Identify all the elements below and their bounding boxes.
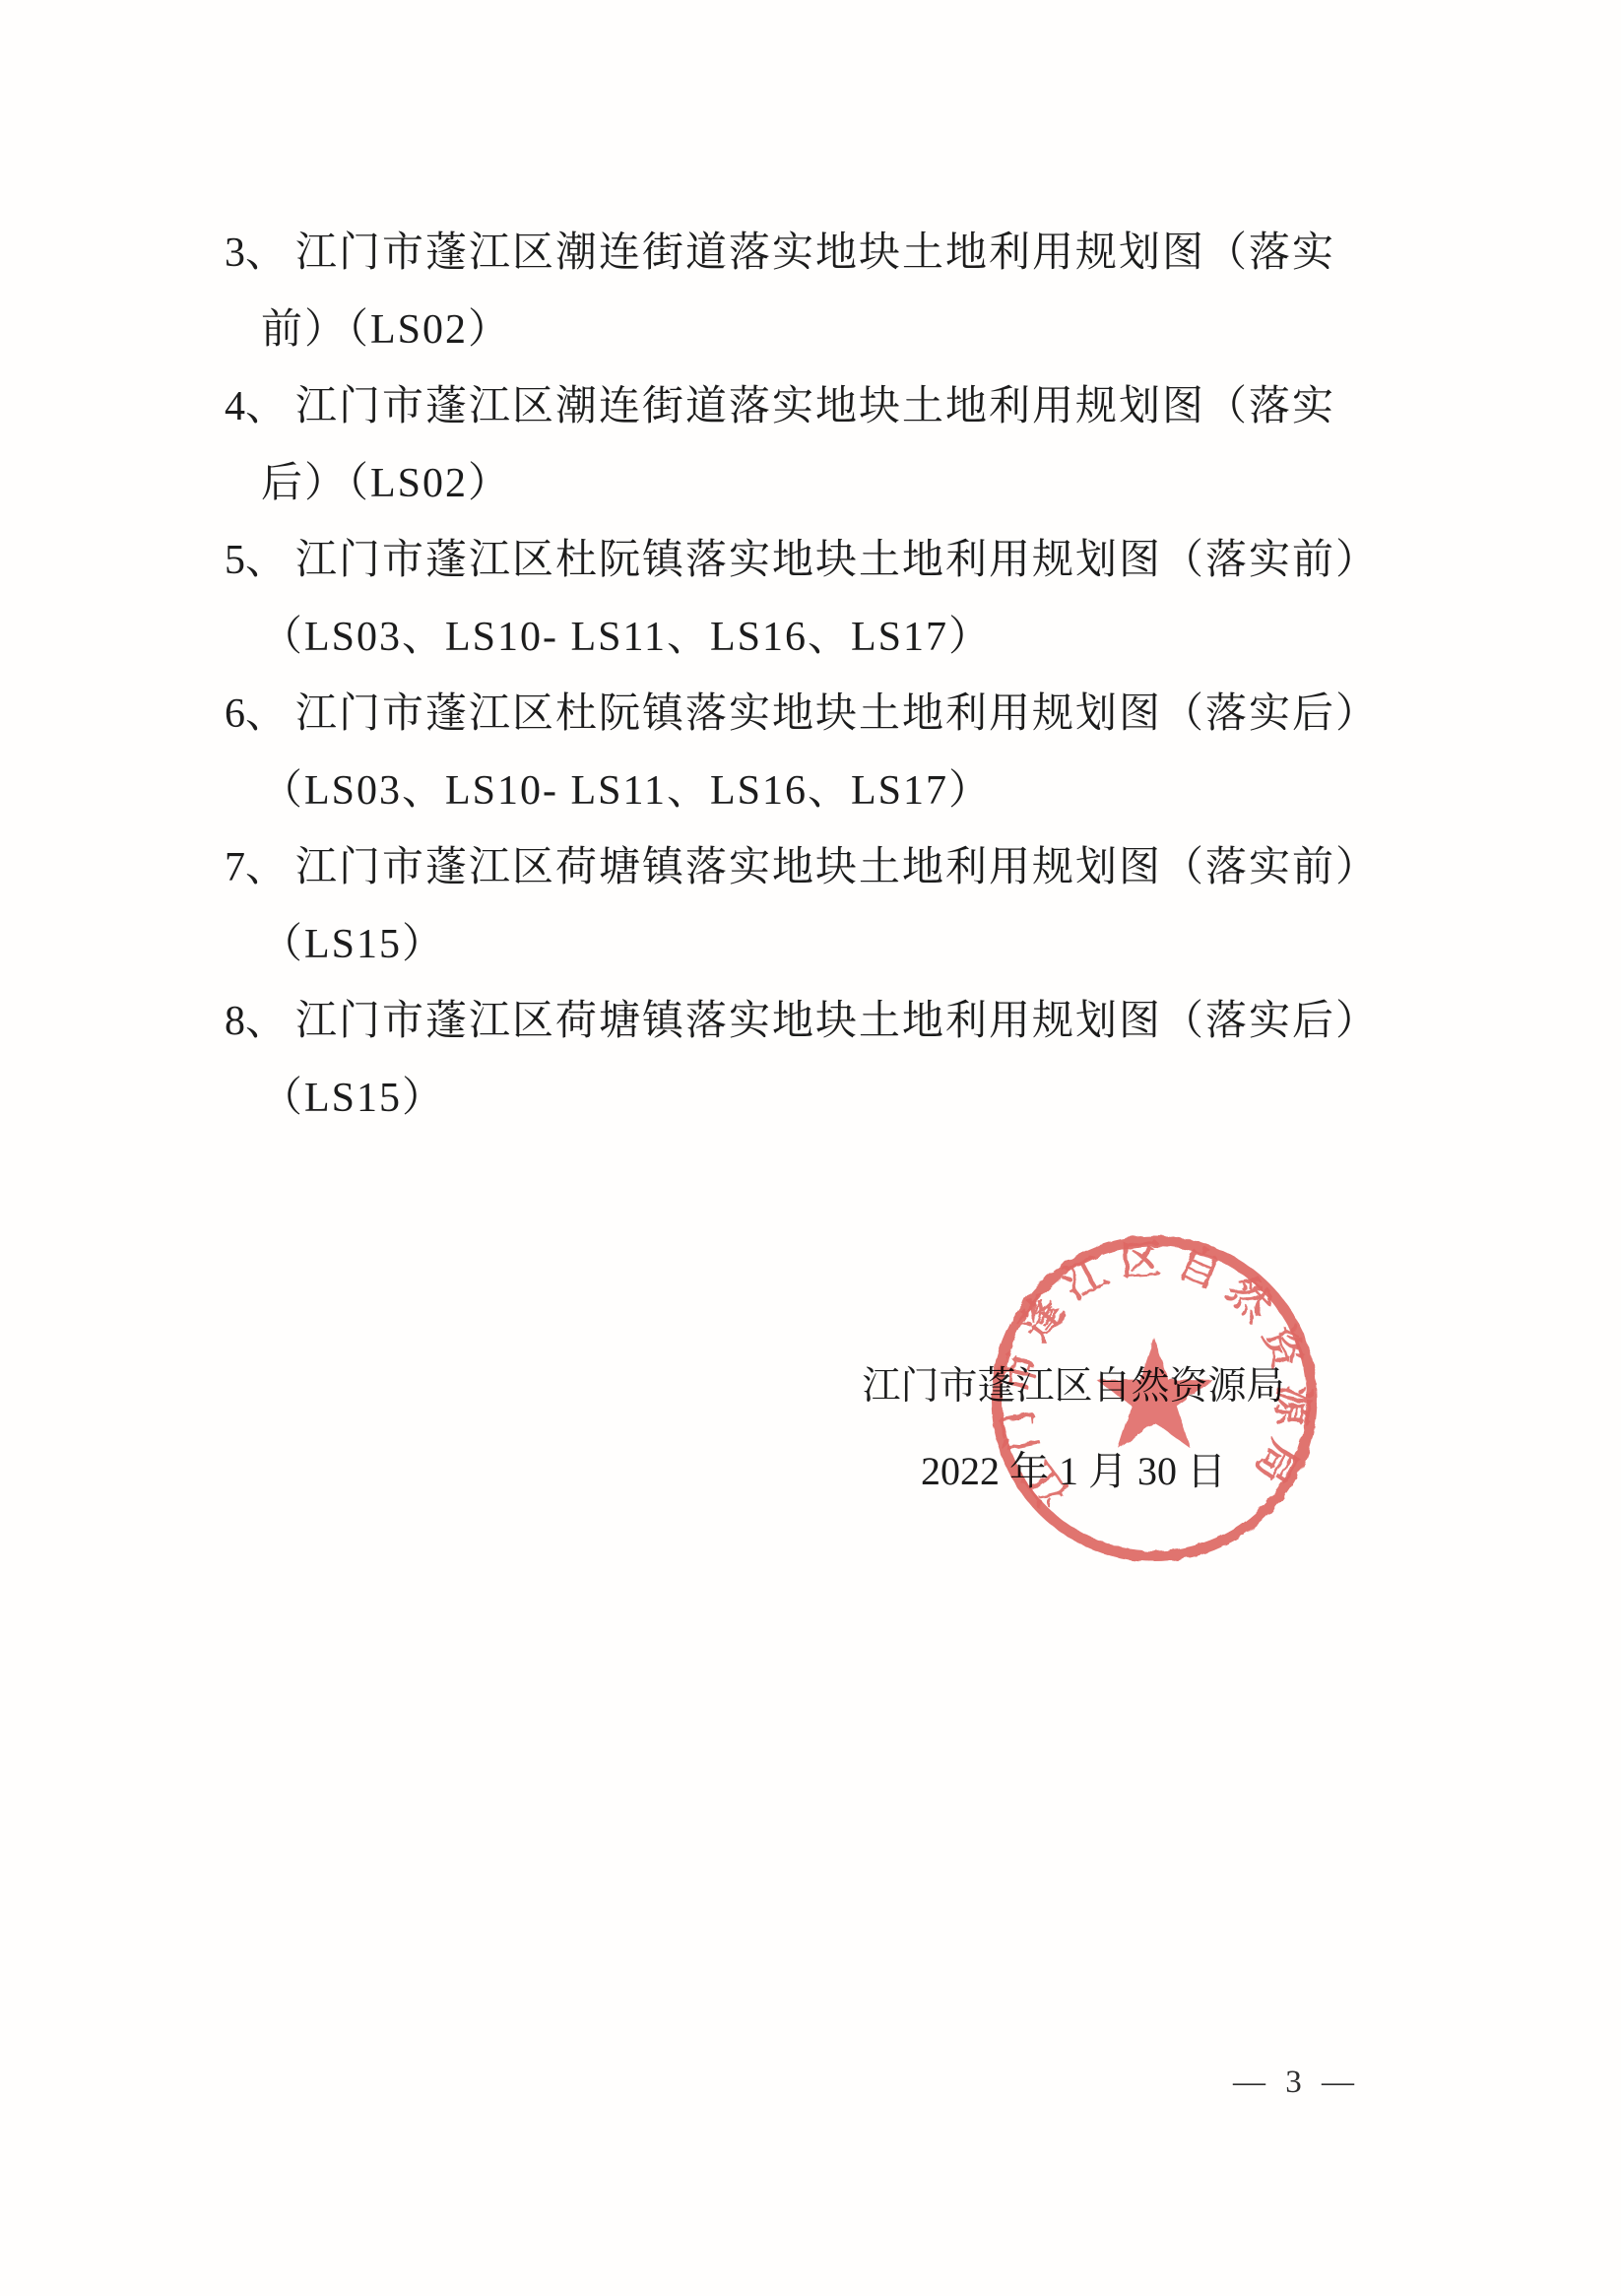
item-text-continuation: （LS15） (225, 1060, 1465, 1137)
item-number: 8、 (225, 983, 295, 1060)
signature-block: 江门市蓬江区自然资源局 2022 年 1 月 30 日 (768, 1363, 1379, 1495)
issuer-name: 江门市蓬江区自然资源局 (768, 1363, 1379, 1410)
list-item-line: 7、江门市蓬江区荷塘镇落实地块土地利用规划图（落实前） (225, 829, 1465, 906)
item-number: 4、 (225, 368, 295, 445)
page-number: — 3 — (1233, 2065, 1410, 2101)
item-text: 江门市蓬江区杜阮镇落实地块土地利用规划图（落实后） (295, 691, 1379, 737)
item-text-continuation: （LS03、LS10- LS11、LS16、LS17） (225, 753, 1465, 829)
item-text: 江门市蓬江区杜阮镇落实地块土地利用规划图（落实前） (295, 538, 1379, 583)
item-text: 江门市蓬江区荷塘镇落实地块土地利用规划图（落实前） (295, 845, 1379, 890)
list-item-5: 5、江门市蓬江区杜阮镇落实地块土地利用规划图（落实前） （LS03、LS10- … (225, 522, 1465, 676)
list-item-6: 6、江门市蓬江区杜阮镇落实地块土地利用规划图（落实后） （LS03、LS10- … (225, 676, 1465, 829)
item-text-continuation: （LS15） (225, 906, 1465, 983)
list-item-line: 8、江门市蓬江区荷塘镇落实地块土地利用规划图（落实后） (225, 983, 1465, 1060)
item-number: 7、 (225, 829, 295, 906)
item-text: 江门市蓬江区潮连街道落实地块土地利用规划图（落实 (295, 384, 1335, 429)
list-item-line: 4、江门市蓬江区潮连街道落实地块土地利用规划图（落实 (225, 368, 1465, 445)
item-text-continuation: 前）（LS02） (225, 292, 1465, 368)
list-item-4: 4、江门市蓬江区潮连街道落实地块土地利用规划图（落实 后）（LS02） (225, 368, 1465, 522)
item-number: 3、 (225, 215, 295, 292)
item-text: 江门市蓬江区荷塘镇落实地块土地利用规划图（落实后） (295, 999, 1379, 1044)
list-item-line: 3、江门市蓬江区潮连街道落实地块土地利用规划图（落实 (225, 215, 1465, 292)
issue-date: 2022 年 1 月 30 日 (768, 1448, 1379, 1495)
item-text: 江门市蓬江区潮连街道落实地块土地利用规划图（落实 (295, 230, 1335, 276)
list-item-8: 8、江门市蓬江区荷塘镇落实地块土地利用规划图（落实后） （LS15） (225, 983, 1465, 1137)
item-text-continuation: （LS03、LS10- LS11、LS16、LS17） (225, 599, 1465, 676)
list-item-line: 5、江门市蓬江区杜阮镇落实地块土地利用规划图（落实前） (225, 522, 1465, 599)
document-page: 3、江门市蓬江区潮连街道落实地块土地利用规划图（落实 前）（LS02） 4、江门… (0, 0, 1621, 2296)
attachment-list: 3、江门市蓬江区潮连街道落实地块土地利用规划图（落实 前）（LS02） 4、江门… (225, 215, 1465, 1137)
list-item-7: 7、江门市蓬江区荷塘镇落实地块土地利用规划图（落实前） （LS15） (225, 829, 1465, 983)
list-item-3: 3、江门市蓬江区潮连街道落实地块土地利用规划图（落实 前）（LS02） (225, 215, 1465, 368)
item-number: 5、 (225, 522, 295, 599)
item-number: 6、 (225, 676, 295, 753)
list-item-line: 6、江门市蓬江区杜阮镇落实地块土地利用规划图（落实后） (225, 676, 1465, 753)
item-text-continuation: 后）（LS02） (225, 445, 1465, 522)
